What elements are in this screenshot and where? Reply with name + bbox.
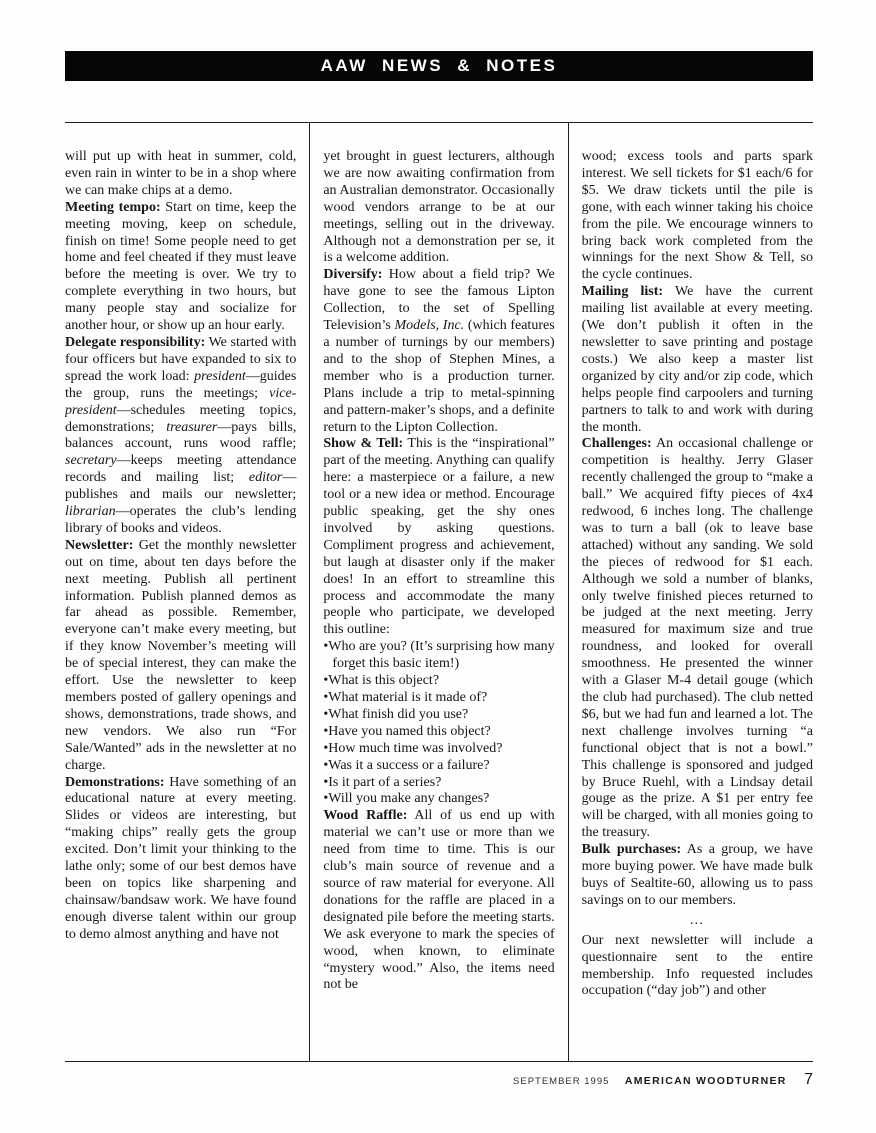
- text-run: Start on time, keep the meeting moving, …: [65, 200, 296, 333]
- run-in-heading: Meeting tempo:: [65, 200, 161, 215]
- bullet-item: •Who are you? (It’s surprising how many …: [323, 639, 554, 673]
- issue-date: SEPTEMBER 1995: [513, 1076, 609, 1087]
- paragraph: will put up with heat in summer, cold, e…: [65, 149, 296, 200]
- run-in-heading: Bulk purchases:: [582, 842, 682, 857]
- text-run: •Is it part of a series?: [323, 775, 441, 790]
- text-run: •Who are you? (It’s surprising how many …: [323, 639, 554, 671]
- text-run: An occasional challenge or competition i…: [582, 436, 813, 840]
- run-in-heading: Diversify:: [323, 267, 382, 282]
- text-run: •What material is it made of?: [323, 690, 487, 705]
- page-title: AAW NEWS & NOTES: [321, 56, 558, 76]
- text-run: …: [689, 913, 705, 928]
- paragraph: Delegate responsibility: We started with…: [65, 335, 296, 538]
- paragraph: Meeting tempo: Start on time, keep the m…: [65, 200, 296, 335]
- paragraph: Demonstrations: Have something of an edu…: [65, 775, 296, 944]
- run-in-heading: Demonstrations:: [65, 775, 165, 790]
- paragraph: Newsletter: Get the monthly newsletter o…: [65, 538, 296, 775]
- header-bar: AAW NEWS & NOTES: [65, 51, 813, 81]
- page-footer: SEPTEMBER 1995 AMERICAN WOODTURNER 7: [65, 1061, 813, 1089]
- text-run: editor: [249, 470, 282, 485]
- paragraph: wood; excess tools and parts spark inter…: [582, 149, 813, 284]
- run-in-heading: Mailing list:: [582, 284, 663, 299]
- column-1: will put up with heat in summer, cold, e…: [65, 123, 309, 1061]
- run-in-heading: Newsletter:: [65, 538, 133, 553]
- paragraph: Diversify: How about a field trip? We ha…: [323, 267, 554, 436]
- text-run: •What finish did you use?: [323, 707, 468, 722]
- run-in-heading: Show & Tell:: [323, 436, 403, 451]
- publication-name: AMERICAN WOODTURNER: [625, 1075, 787, 1087]
- bullet-item: •What finish did you use?: [323, 707, 554, 724]
- text-run: •Have you named this object?: [323, 724, 490, 739]
- paragraph: Challenges: An occasional challenge or c…: [582, 436, 813, 842]
- paragraph: Wood Raffle: All of us end up with mater…: [323, 808, 554, 994]
- text-run: yet brought in guest lecturers, although…: [323, 149, 554, 265]
- text-run: president: [194, 369, 246, 384]
- text-run: Our next newsletter will include a quest…: [582, 933, 813, 999]
- text-run: •What is this object?: [323, 673, 439, 688]
- text-run: We have the current mailing list availab…: [582, 284, 813, 434]
- column-3: wood; excess tools and parts spark inter…: [569, 123, 813, 1061]
- run-in-heading: Challenges:: [582, 436, 652, 451]
- text-run: •How much time was involved?: [323, 741, 502, 756]
- text-run: secretary: [65, 453, 117, 468]
- text-run: will put up with heat in summer, cold, e…: [65, 149, 296, 198]
- paragraph: Bulk purchases: As a group, we have more…: [582, 842, 813, 910]
- paragraph: Mailing list: We have the current mailin…: [582, 284, 813, 436]
- text-run: Have something of an educational nature …: [65, 775, 296, 942]
- text-run: •Will you make any changes?: [323, 791, 489, 806]
- text-run: Get the monthly newsletter out on time, …: [65, 538, 296, 773]
- bullet-item: •Have you named this object?: [323, 724, 554, 741]
- text-run: •Was it a success or a failure?: [323, 758, 489, 773]
- bullet-item: •What material is it made of?: [323, 690, 554, 707]
- text-run: This is the “inspirational” part of the …: [323, 436, 554, 637]
- run-in-heading: Wood Raffle:: [323, 808, 407, 823]
- column-2: yet brought in guest lecturers, although…: [309, 123, 568, 1061]
- text-run: All of us end up with material we can’t …: [323, 808, 554, 992]
- paragraph: yet brought in guest lecturers, although…: [323, 149, 554, 267]
- section-separator: …: [582, 913, 813, 930]
- bullet-item: •What is this object?: [323, 673, 554, 690]
- page-number: 7: [804, 1071, 813, 1088]
- paragraph: Show & Tell: This is the “inspirational”…: [323, 436, 554, 639]
- bullet-item: •Was it a success or a failure?: [323, 758, 554, 775]
- text-run: (which features a number of turnings by …: [323, 318, 554, 434]
- text-run: treasurer: [166, 420, 217, 435]
- newsletter-page: AAW NEWS & NOTES will put up with heat i…: [0, 0, 876, 1133]
- bullet-item: •Is it part of a series?: [323, 775, 554, 792]
- text-run: wood; excess tools and parts spark inter…: [582, 149, 813, 282]
- bullet-item: •How much time was involved?: [323, 741, 554, 758]
- bullet-item: •Will you make any changes?: [323, 791, 554, 808]
- paragraph: Our next newsletter will include a quest…: [582, 933, 813, 1001]
- text-run: Models, Inc.: [394, 318, 464, 333]
- text-run: librarian: [65, 504, 116, 519]
- run-in-heading: Delegate responsibility:: [65, 335, 205, 350]
- article-columns: will put up with heat in summer, cold, e…: [65, 122, 813, 1061]
